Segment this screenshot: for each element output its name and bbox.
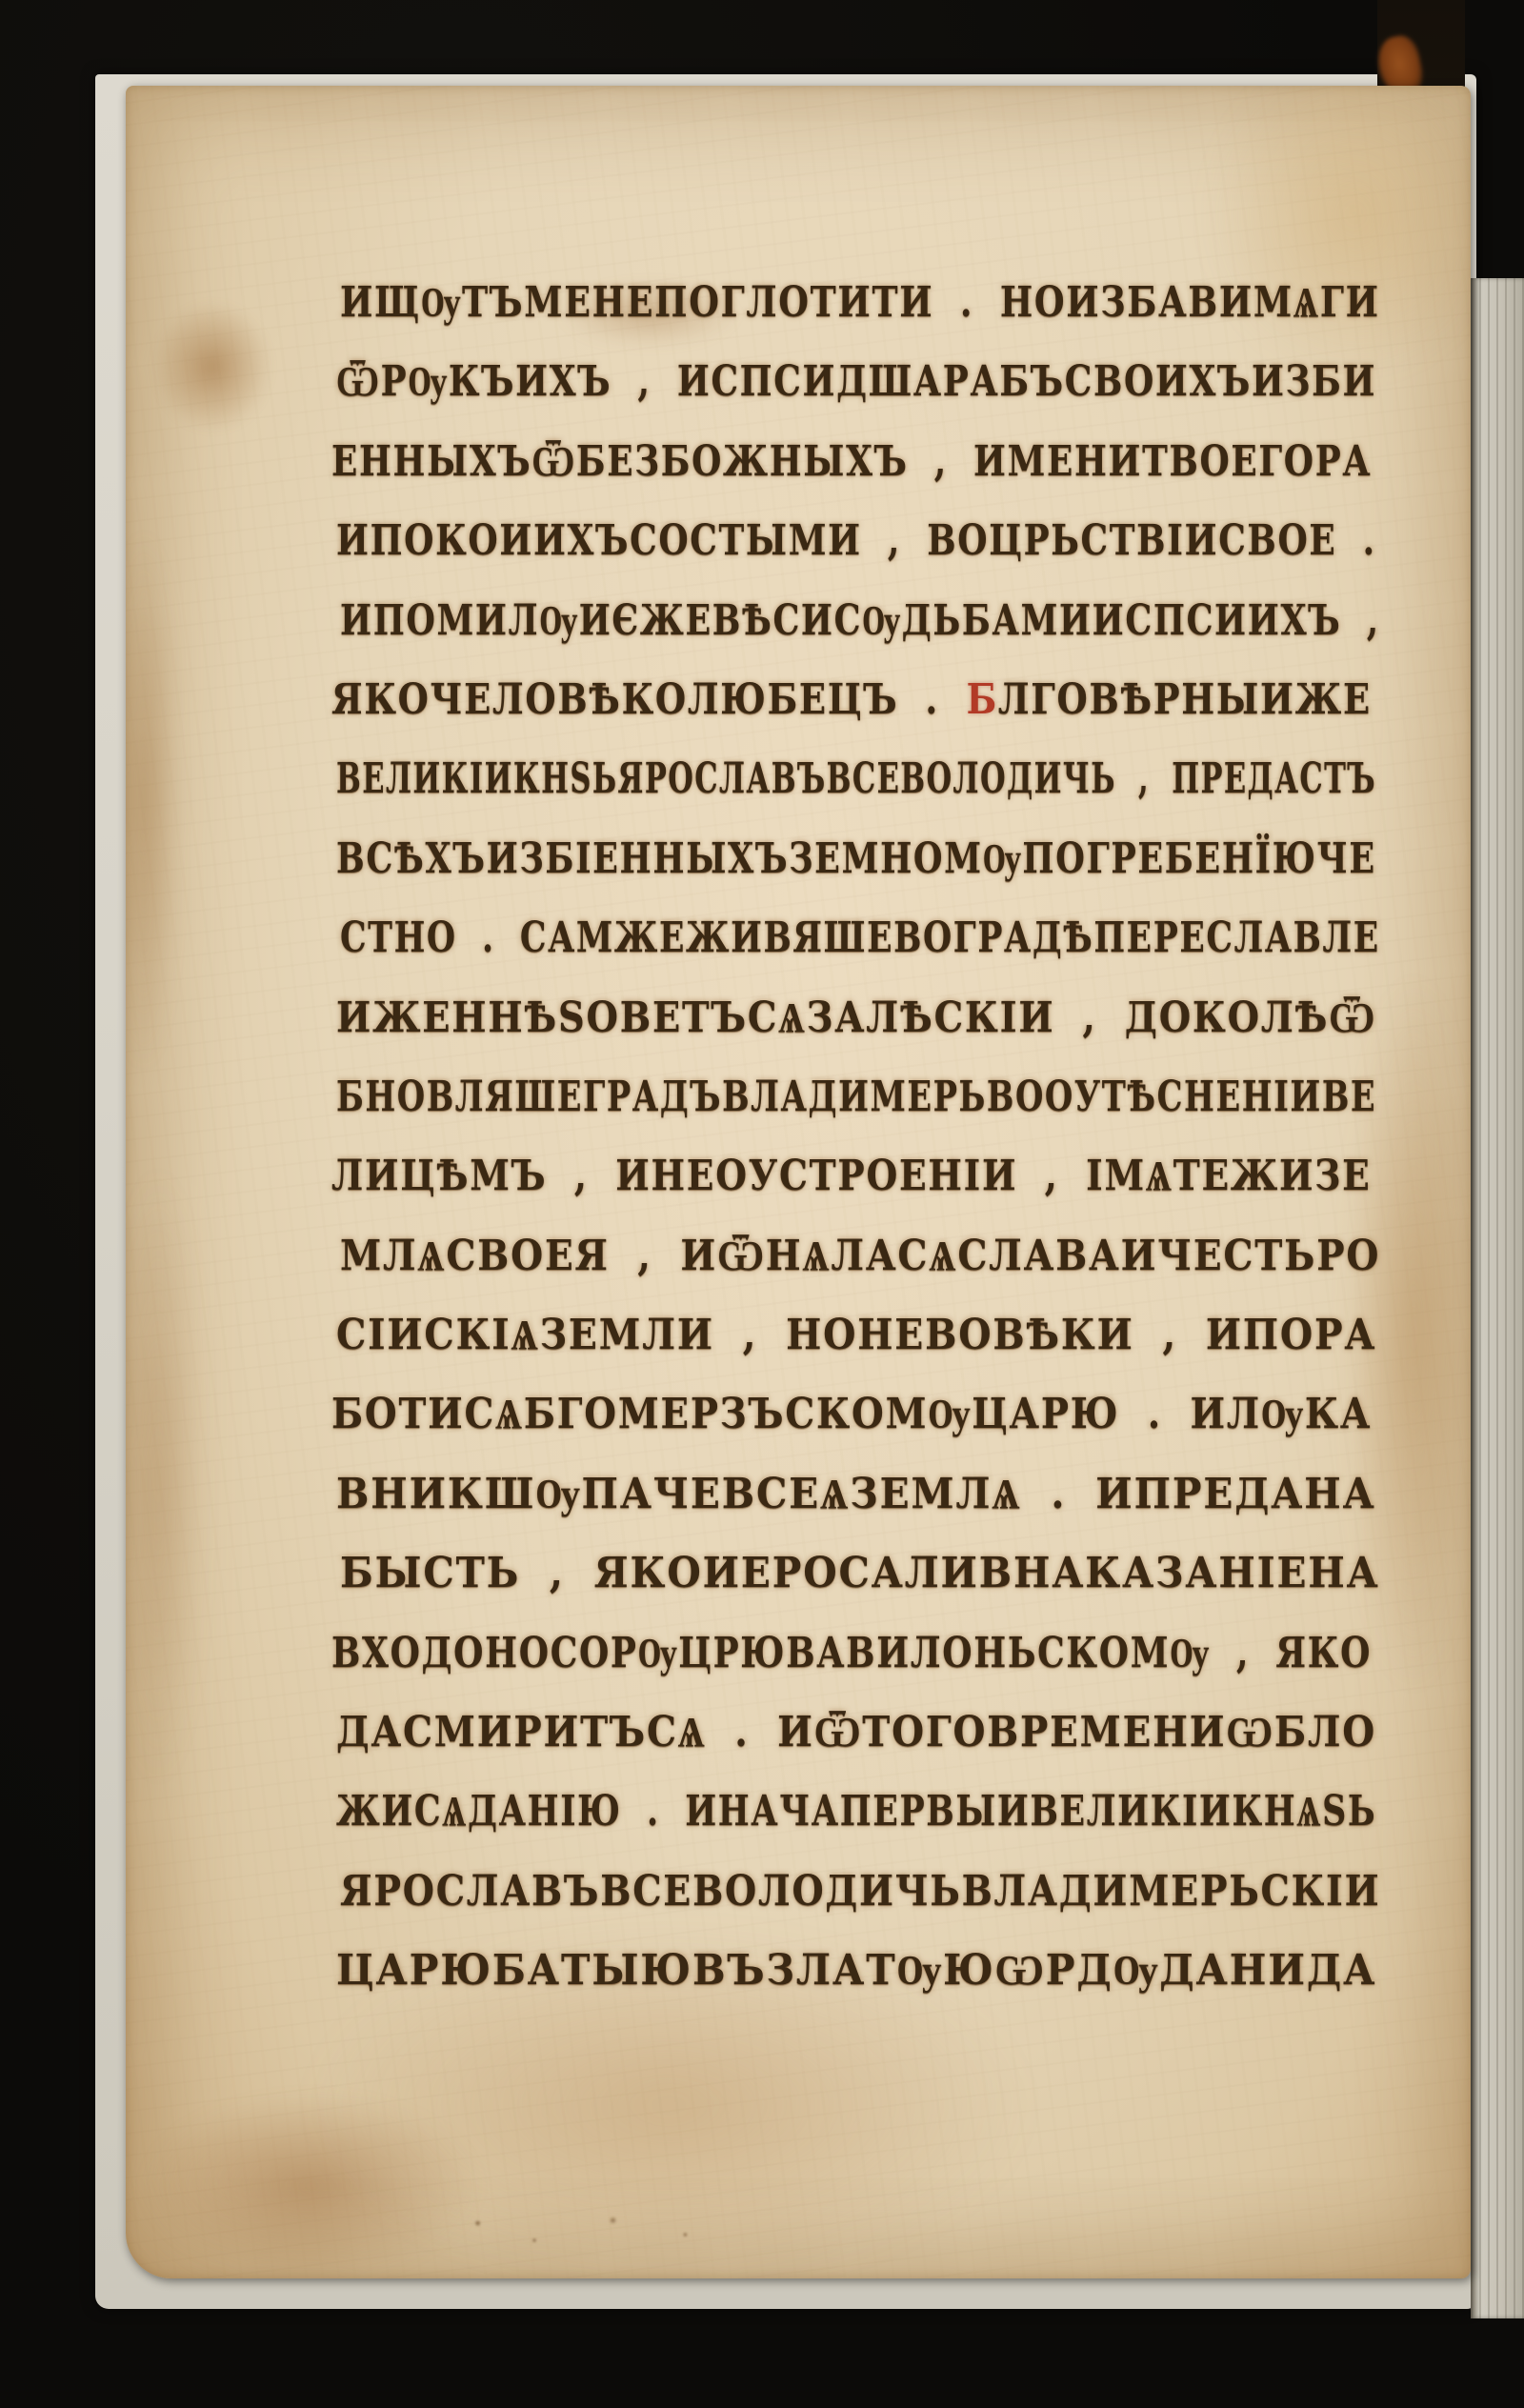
- text-line: ѿрѹкъихъ , испсидшарабъсвоихъизби: [336, 342, 1192, 421]
- manuscript-page: ищѹтъменепоглотити . ноизбавимѧгиѿрѹкъих…: [126, 86, 1471, 2278]
- text-line: лицѣмъ , инеоустроеніи , імѧтежизе: [331, 1136, 1233, 1215]
- text-segment: лговѣрныиже: [998, 675, 1372, 724]
- photo-background: ищѹтъменепоглотити . ноизбавимѧгиѿрѹкъих…: [0, 0, 1524, 2408]
- rubric-initial: б: [967, 675, 998, 724]
- text-line: ярославъвсеволодичьвладимерьскіи: [340, 1852, 1245, 1931]
- text-line: енныхъѿбезбожныхъ , именитвоегора: [331, 422, 1191, 501]
- text-line: входоносорѹцрювавилоньскомѹ , яко: [331, 1614, 1192, 1693]
- text-line: вникшѹпачевсеѧземлѧ . ипредана: [336, 1455, 1306, 1534]
- text-line: иженнѣѕоветъсѧзалѣскіи , доколѣѿ: [336, 978, 1252, 1057]
- text-line: ипокоиихъсостыми , воцрьствіисвое .: [336, 501, 1192, 580]
- text-line: всѣхъизбіенныхъземномѹпогребенїюче: [336, 819, 1173, 898]
- book-fore-edge: [1471, 278, 1524, 2318]
- text-line: бысть , якоиеросаливнаказаніена: [340, 1534, 1305, 1613]
- text-line: царюбатыювъзлатѹюѡрдѹданида: [336, 1931, 1312, 2010]
- text-line: ботисѧбгомерзъскомѹцарю . илѹка: [331, 1375, 1259, 1454]
- text-block: ищѹтъменепоглотити . ноизбавимѧгиѿрѹкъих…: [336, 263, 1384, 2011]
- text-line: ипомилѹиєжевѣсисѹдьбамииспсиихъ ,: [340, 581, 1172, 660]
- text-line: млѧсвоея , иѿнѧласѧславаичестьро: [340, 1216, 1268, 1295]
- text-line: сіискіѧземли , ноневовѣки , ипора: [336, 1295, 1274, 1375]
- text-line: стно . самжеживяшевоградѣпереславле: [340, 898, 1163, 977]
- text-line: жисѧданію . иначапервыивеликіикнѧѕь: [336, 1772, 1167, 1851]
- text-line: дасмиритъсѧ . иѿтоговремениѡбло: [336, 1693, 1265, 1772]
- text-segment: якочеловѣколюбецъ .: [331, 675, 939, 724]
- text-line: великіикнѕьярославъвсеволодичь , предаст…: [336, 739, 1065, 818]
- text-line: ищѹтъменепоглотити . ноизбавимѧги: [340, 263, 1204, 342]
- text-line: якочеловѣколюбецъ .блговѣрныиже: [331, 660, 1217, 739]
- text-line: бновляшеградъвладимерьвооутѣсненіиве: [336, 1057, 1140, 1136]
